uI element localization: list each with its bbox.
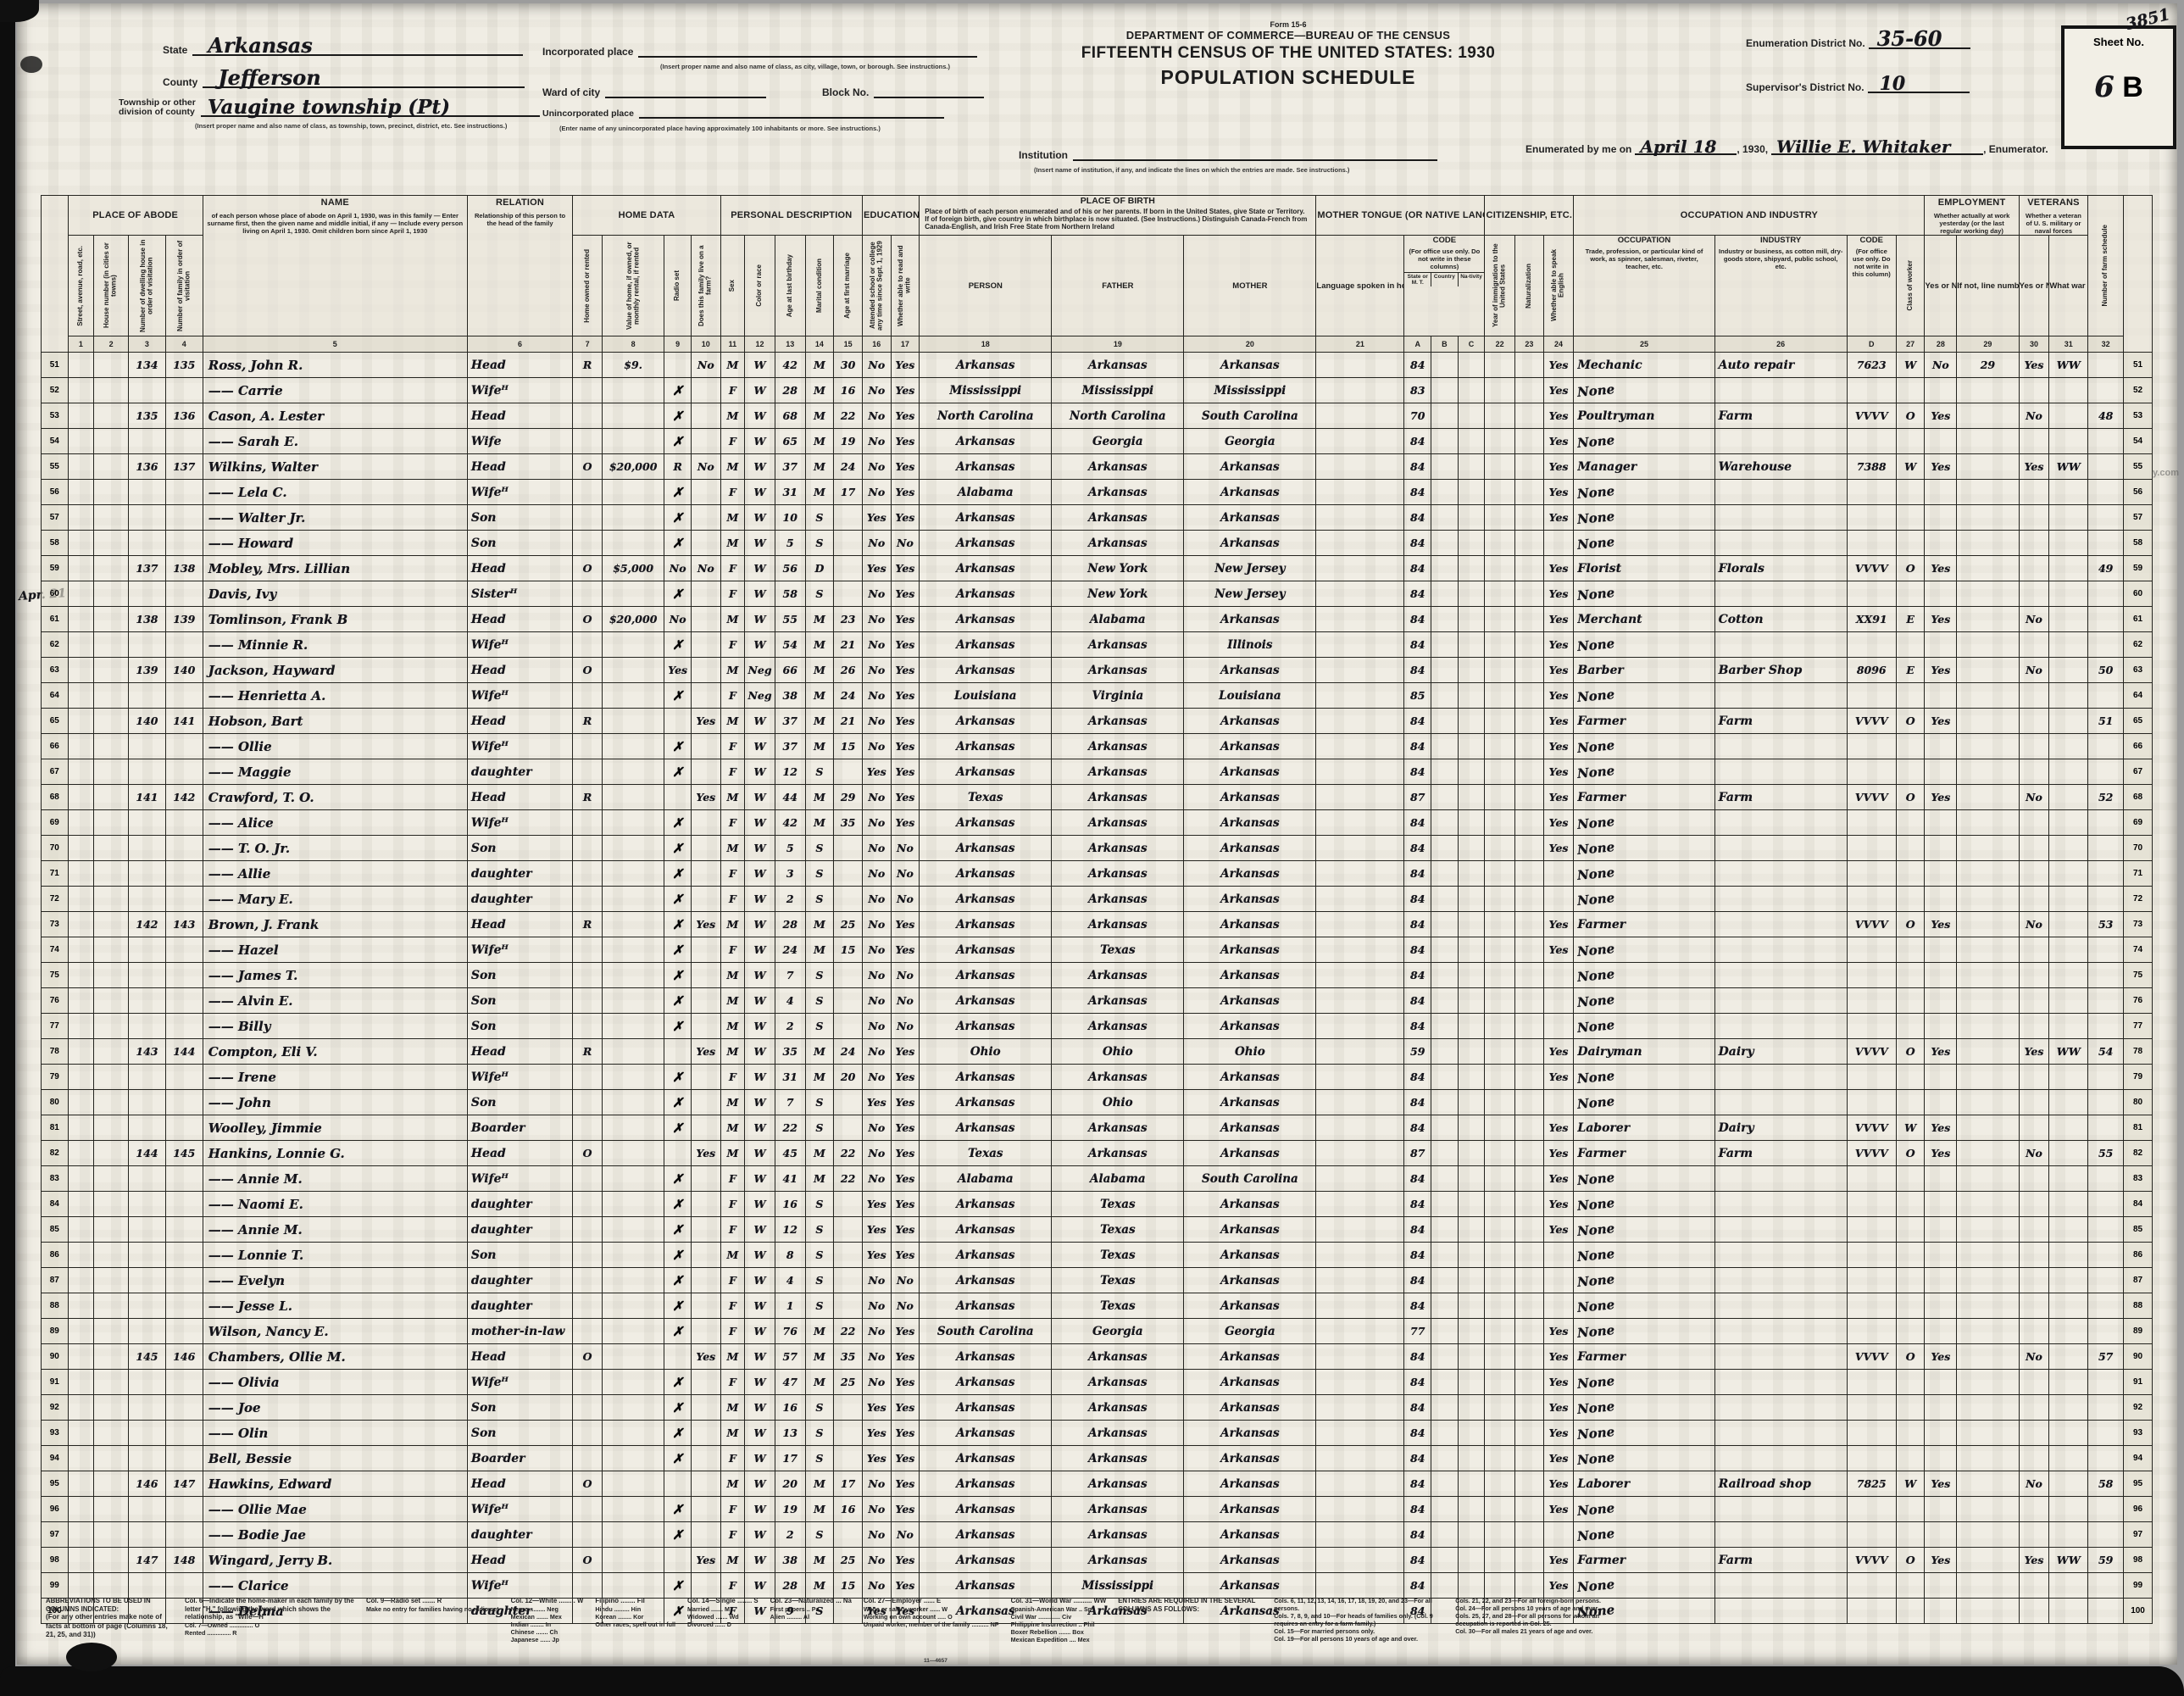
census-cell: 54 (2088, 1039, 2124, 1065)
census-cell: 148 (165, 1548, 203, 1573)
census-cell: No (862, 378, 891, 403)
census-cell: 17 (834, 480, 863, 505)
census-cell (2019, 887, 2049, 912)
census-cell (1896, 1573, 1925, 1599)
census-cell: 55 (2088, 1141, 2124, 1166)
census-cell (2019, 632, 2049, 658)
census-cell (602, 912, 664, 937)
census-cell: Yes (891, 1573, 920, 1599)
census-cell: 58 (2088, 1471, 2124, 1497)
census-row: 75—— James T.Son✗MW7SNoNoArkansasArkansa… (42, 963, 2153, 988)
census-cell (1925, 1243, 1957, 1268)
census-cell: ✗ (664, 810, 692, 836)
census-cell (691, 734, 720, 759)
census-cell (68, 836, 94, 861)
census-cell (1316, 353, 1404, 378)
census-cell (68, 1446, 94, 1471)
census-cell: Arkansas (920, 1268, 1052, 1293)
census-cell: Arkansas (1052, 988, 1184, 1014)
line-number: 96 (42, 1497, 69, 1522)
census-cell: Yes (1543, 1471, 1574, 1497)
census-cell: 7825 (1847, 1471, 1896, 1497)
census-cell: 147 (165, 1471, 203, 1497)
census-cell: Brown, J. Frank (203, 912, 467, 937)
census-cell (691, 480, 720, 505)
census-cell (1515, 531, 1544, 556)
census-cell: Boarder (467, 1446, 572, 1471)
census-cell (834, 1090, 863, 1115)
census-cell: Yes (891, 1370, 920, 1395)
census-cell (1458, 556, 1485, 581)
census-cell: North Carolina (920, 403, 1052, 429)
census-cell: O (573, 1344, 603, 1370)
census-cell: Head (467, 556, 572, 581)
census-cell: No (862, 1471, 891, 1497)
census-cell: None (1574, 632, 1714, 658)
census-cell (1316, 887, 1404, 912)
census-cell (1896, 1446, 1925, 1471)
census-cell (1714, 480, 1847, 505)
census-cell: W (745, 353, 775, 378)
column-header: INDUSTRYIndustry or business, as cotton … (1714, 236, 1847, 336)
census-cell: O (573, 1141, 603, 1166)
census-cell: Yes (1543, 429, 1574, 454)
census-cell (2088, 836, 2124, 861)
column-header: Street, avenue, road, etc. (68, 236, 94, 336)
census-cell (94, 1115, 129, 1141)
census-cell: No (862, 1293, 891, 1319)
census-cell (1485, 1548, 1515, 1573)
census-cell (2019, 556, 2049, 581)
census-cell (94, 1166, 129, 1192)
census-cell: No (862, 683, 891, 709)
census-cell: W (745, 810, 775, 836)
column-header: PERSONAL DESCRIPTION (720, 196, 862, 236)
line-number: 62 (42, 632, 69, 658)
census-cell: Arkansas (920, 836, 1052, 861)
census-cell: Yes (891, 632, 920, 658)
column-number: 19 (1052, 336, 1184, 353)
census-cell: Arkansas (920, 1548, 1052, 1573)
column-header: Yes or No (1925, 236, 1957, 336)
census-cell (1714, 632, 1847, 658)
census-cell (2049, 480, 2088, 505)
line-number: 66 (42, 734, 69, 759)
census-cell: 84 (1404, 1166, 1431, 1192)
census-cell: O (573, 454, 603, 480)
census-cell: M (805, 912, 834, 937)
line-number: 87 (2124, 1268, 2153, 1293)
census-cell (1714, 861, 1847, 887)
line-number: 93 (2124, 1421, 2153, 1446)
census-cell: Mobley, Mrs. Lillian (203, 556, 467, 581)
census-cell: O (573, 556, 603, 581)
census-cell: M (720, 531, 745, 556)
column-number: 1 (68, 336, 94, 353)
census-cell: W (745, 1370, 775, 1395)
census-cell (1431, 1039, 1459, 1065)
census-cell: Bell, Bessie (203, 1446, 467, 1471)
census-cell (573, 1293, 603, 1319)
census-cell: $9. (602, 353, 664, 378)
census-cell (1847, 581, 1896, 607)
census-cell (834, 1014, 863, 1039)
line-number: 79 (42, 1065, 69, 1090)
census-cell: 68 (775, 403, 805, 429)
census-cell: 84 (1404, 1090, 1431, 1115)
census-cell (1957, 632, 2019, 658)
census-cell (1957, 887, 2019, 912)
census-row: 82144145Hankins, Lonnie G.HeadOYesMW45M2… (42, 1141, 2153, 1166)
census-cell (1431, 378, 1459, 403)
census-cell (1316, 1141, 1404, 1166)
column-number: 28 (1925, 336, 1957, 353)
column-number: 13 (775, 336, 805, 353)
census-cell: Yes (1925, 1115, 1957, 1141)
census-cell: 84 (1404, 505, 1431, 531)
line-number: 53 (42, 403, 69, 429)
census-cell (1485, 1344, 1515, 1370)
census-cell (2088, 861, 2124, 887)
census-cell (1896, 734, 1925, 759)
column-header: Yes or No (2019, 236, 2049, 336)
census-cell (1485, 785, 1515, 810)
line-number: 90 (42, 1344, 69, 1370)
census-cell (1458, 1370, 1485, 1395)
census-cell (1896, 1319, 1925, 1344)
census-cell (1316, 1319, 1404, 1344)
census-cell: 25 (834, 1548, 863, 1573)
census-cell (1316, 556, 1404, 581)
census-cell (1925, 1522, 1957, 1548)
footer-abbreviation-block: ENTRIES ARE REQUIRED IN THE SEVERAL COLU… (1118, 1597, 1262, 1613)
census-cell (1316, 1192, 1404, 1217)
census-cell (1316, 1344, 1404, 1370)
census-cell (1431, 683, 1459, 709)
line-number: 86 (2124, 1243, 2153, 1268)
census-cell: O (1896, 556, 1925, 581)
census-cell (573, 734, 603, 759)
census-cell: S (805, 861, 834, 887)
census-cell (602, 1446, 664, 1471)
census-cell: Arkansas (920, 988, 1052, 1014)
census-cell: Yes (1925, 912, 1957, 937)
census-cell: Arkansas (920, 1217, 1052, 1243)
census-cell (602, 403, 664, 429)
footer-block-line: Cols. 6, 11, 12, 13, 14, 16, 17, 18, 19,… (1274, 1597, 1443, 1612)
census-cell (1458, 1115, 1485, 1141)
census-cell: 12 (775, 1217, 805, 1243)
census-cell (1316, 1065, 1404, 1090)
column-header: Class of worker (1896, 236, 1925, 336)
census-row: 59137138Mobley, Mrs. LillianHeadO$5,000N… (42, 556, 2153, 581)
census-cell: ✗ (664, 632, 692, 658)
census-cell: Jackson, Hayward (203, 658, 467, 683)
census-cell: None (1574, 1192, 1714, 1217)
column-number: 2 (94, 336, 129, 353)
census-cell (1957, 836, 2019, 861)
line-number: 60 (42, 581, 69, 607)
census-cell: No (2019, 1344, 2049, 1370)
line-number: 89 (42, 1319, 69, 1344)
line-number: 61 (42, 607, 69, 632)
census-cell: 29 (834, 785, 863, 810)
census-row: 53135136Cason, A. LesterHead✗MW68M22NoYe… (42, 403, 2153, 429)
census-cell (94, 861, 129, 887)
census-cell: Yes (862, 759, 891, 785)
census-cell (1458, 505, 1485, 531)
census-row: 94Bell, BessieBoarder✗FW17SYesYesArkansa… (42, 1446, 2153, 1471)
census-cell: Arkansas (1052, 1014, 1184, 1039)
census-cell: 24 (834, 454, 863, 480)
census-cell: 22 (834, 1319, 863, 1344)
census-table-wrap: PLACE OF ABODENAMEof each person whose p… (41, 195, 2153, 1624)
census-cell (573, 1319, 603, 1344)
census-cell (1485, 1573, 1515, 1599)
census-cell: —— Mary E. (203, 887, 467, 912)
census-cell (1925, 1421, 1957, 1446)
census-cell: W (745, 912, 775, 937)
line-number: 81 (42, 1115, 69, 1141)
census-cell (68, 581, 94, 607)
census-cell: Yes (1543, 1065, 1574, 1090)
census-cell: 84 (1404, 531, 1431, 556)
census-cell (1431, 1522, 1459, 1548)
census-cell (664, 1548, 692, 1573)
census-cell: Yes (1925, 658, 1957, 683)
township-value: Vaugine township (Pt) (208, 96, 450, 119)
census-cell: 2 (775, 1522, 805, 1548)
census-cell: Arkansas (1184, 1090, 1316, 1115)
census-cell: —— Alice (203, 810, 467, 836)
census-cell: W (745, 1344, 775, 1370)
census-cell: M (805, 658, 834, 683)
column-header: Sex (720, 236, 745, 336)
census-cell (1925, 1268, 1957, 1293)
census-cell: 135 (165, 353, 203, 378)
census-cell (1515, 988, 1544, 1014)
census-cell (1896, 887, 1925, 912)
unincorporated-place-note: (Enter name of any unincorporated place … (559, 125, 1000, 132)
census-cell: Arkansas (1184, 887, 1316, 912)
census-cell: Arkansas (1184, 988, 1316, 1014)
census-cell (1515, 1421, 1544, 1446)
census-cell (2088, 759, 2124, 785)
census-cell: None (1574, 1166, 1714, 1192)
census-cell (602, 1090, 664, 1115)
census-row: 90145146Chambers, Ollie M.HeadOYesMW57M3… (42, 1344, 2153, 1370)
census-cell (691, 1573, 720, 1599)
census-cell (2019, 1573, 2049, 1599)
census-cell (2019, 683, 2049, 709)
census-cell: ✗ (664, 1217, 692, 1243)
line-number: 52 (2124, 378, 2153, 403)
census-cell (1458, 403, 1485, 429)
footer-abbreviation-block: Col. 23—Naturalized ... NaFirst papers .… (770, 1597, 852, 1621)
census-cell (1543, 1090, 1574, 1115)
census-cell: No (2019, 403, 2049, 429)
census-cell (2088, 1522, 2124, 1548)
census-cell (1957, 480, 2019, 505)
census-cell: W (1896, 454, 1925, 480)
census-cell: F (720, 556, 745, 581)
census-cell: No (862, 709, 891, 734)
census-row: 60Davis, IvySisterᴴ✗FW58SNoYesArkansasNe… (42, 581, 2153, 607)
census-cell (1485, 1090, 1515, 1115)
census-cell: 84 (1404, 1344, 1431, 1370)
census-cell: M (720, 658, 745, 683)
census-cell (1543, 887, 1574, 912)
census-cell: Arkansas (920, 1344, 1052, 1370)
census-cell (1431, 1166, 1459, 1192)
footer-block-line: Civil War ............. Civ (1011, 1613, 1107, 1621)
census-cell (1458, 963, 1485, 988)
census-cell (1714, 759, 1847, 785)
census-cell (602, 1344, 664, 1370)
census-cell: Yes (2019, 1039, 2049, 1065)
census-cell: 84 (1404, 480, 1431, 505)
census-row: 67—— Maggiedaughter✗FW12SYesYesArkansasA… (42, 759, 2153, 785)
census-cell (1714, 1370, 1847, 1395)
census-cell (691, 378, 720, 403)
census-cell: Head (467, 1471, 572, 1497)
census-cell: 42 (775, 353, 805, 378)
census-cell: daughter (467, 1192, 572, 1217)
census-cell (68, 1217, 94, 1243)
census-cell (2049, 963, 2088, 988)
census-cell: 22 (834, 1141, 863, 1166)
census-cell (165, 1090, 203, 1115)
census-cell (1515, 1217, 1544, 1243)
census-cell: Yes (891, 810, 920, 836)
census-cell (834, 759, 863, 785)
census-cell: ✗ (664, 759, 692, 785)
census-cell (1515, 1243, 1544, 1268)
census-cell (165, 683, 203, 709)
census-cell: Yes (891, 658, 920, 683)
census-cell (2049, 429, 2088, 454)
census-cell (1925, 759, 1957, 785)
footer-block-heading: ABBREVIATIONS TO BE USED IN COLUMNS INDI… (46, 1597, 173, 1613)
census-cell (2019, 1065, 2049, 1090)
census-cell (2088, 480, 2124, 505)
census-cell: No (891, 531, 920, 556)
census-cell (1431, 988, 1459, 1014)
census-cell (1957, 1548, 2019, 1573)
census-row: 78143144Compton, Eli V.HeadRYesMW35M24No… (42, 1039, 2153, 1065)
census-cell: 51 (2088, 709, 2124, 734)
census-cell: ✗ (664, 963, 692, 988)
form-number: Form 15-6 (975, 20, 1602, 29)
census-cell (94, 887, 129, 912)
census-cell: Yes (891, 1497, 920, 1522)
census-cell (1847, 480, 1896, 505)
census-cell: M (720, 1421, 745, 1446)
census-cell (1896, 683, 1925, 709)
census-cell: 41 (775, 1166, 805, 1192)
census-cell: VVVV (1847, 1039, 1896, 1065)
census-cell (1925, 937, 1957, 963)
footer-block-heading: Col. 9—Radio set ....... R (366, 1597, 499, 1605)
census-cell: M (805, 607, 834, 632)
census-cell (1316, 581, 1404, 607)
census-cell (1515, 454, 1544, 480)
census-cell: Yes (1543, 378, 1574, 403)
census-cell (1714, 1065, 1847, 1090)
census-cell (1458, 759, 1485, 785)
census-cell: Arkansas (920, 1115, 1052, 1141)
footer-abbreviation-block: Cols. 21, 22, and 23—For all foreign-bor… (1455, 1597, 1625, 1635)
census-cell: Arkansas (1184, 734, 1316, 759)
census-cell: 84 (1404, 810, 1431, 836)
census-cell: Yes (1543, 709, 1574, 734)
census-cell (573, 1497, 603, 1522)
census-cell (1485, 1166, 1515, 1192)
census-cell (1925, 734, 1957, 759)
census-cell: None (1574, 887, 1714, 912)
census-cell (1957, 1522, 2019, 1548)
census-cell (1485, 1522, 1515, 1548)
census-cell (94, 1243, 129, 1268)
census-cell (1515, 1319, 1544, 1344)
census-cell: No (862, 531, 891, 556)
line-number: 67 (2124, 759, 2153, 785)
township-label-2: division of county (119, 108, 196, 117)
census-cell: W (745, 1243, 775, 1268)
census-cell: 8 (775, 1243, 805, 1268)
line-number: 92 (42, 1395, 69, 1421)
census-cell (1957, 1039, 2019, 1065)
census-cell (1431, 429, 1459, 454)
census-cell: F (720, 1268, 745, 1293)
census-cell (1515, 581, 1544, 607)
census-cell (1714, 836, 1847, 861)
census-cell (68, 454, 94, 480)
census-cell: W (745, 403, 775, 429)
column-header: Language spoken in home before coming to… (1316, 236, 1404, 336)
census-cell (691, 1014, 720, 1039)
census-cell (68, 1014, 94, 1039)
census-cell (1925, 1217, 1957, 1243)
census-cell: W (745, 505, 775, 531)
census-cell (2019, 531, 2049, 556)
census-cell (1957, 658, 2019, 683)
census-cell (602, 1141, 664, 1166)
census-cell (1485, 658, 1515, 683)
census-cell: ✗ (664, 683, 692, 709)
census-cell (129, 1217, 166, 1243)
census-cell (1896, 1293, 1925, 1319)
census-cell: Yes (1925, 1344, 1957, 1370)
census-cell (2049, 912, 2088, 937)
census-cell (573, 937, 603, 963)
census-cell (1316, 836, 1404, 861)
census-cell (94, 836, 129, 861)
census-cell: 38 (775, 1548, 805, 1573)
census-cell (2049, 1497, 2088, 1522)
census-cell: Yes (891, 378, 920, 403)
census-cell (129, 1268, 166, 1293)
census-cell (1485, 810, 1515, 836)
census-cell: 22 (834, 403, 863, 429)
column-number: 18 (920, 336, 1052, 353)
census-cell (1847, 1421, 1896, 1446)
census-cell: Son (467, 1090, 572, 1115)
census-cell (2088, 734, 2124, 759)
census-cell: Arkansas (1184, 1395, 1316, 1421)
census-cell: daughter (467, 861, 572, 887)
census-cell: None (1574, 480, 1714, 505)
